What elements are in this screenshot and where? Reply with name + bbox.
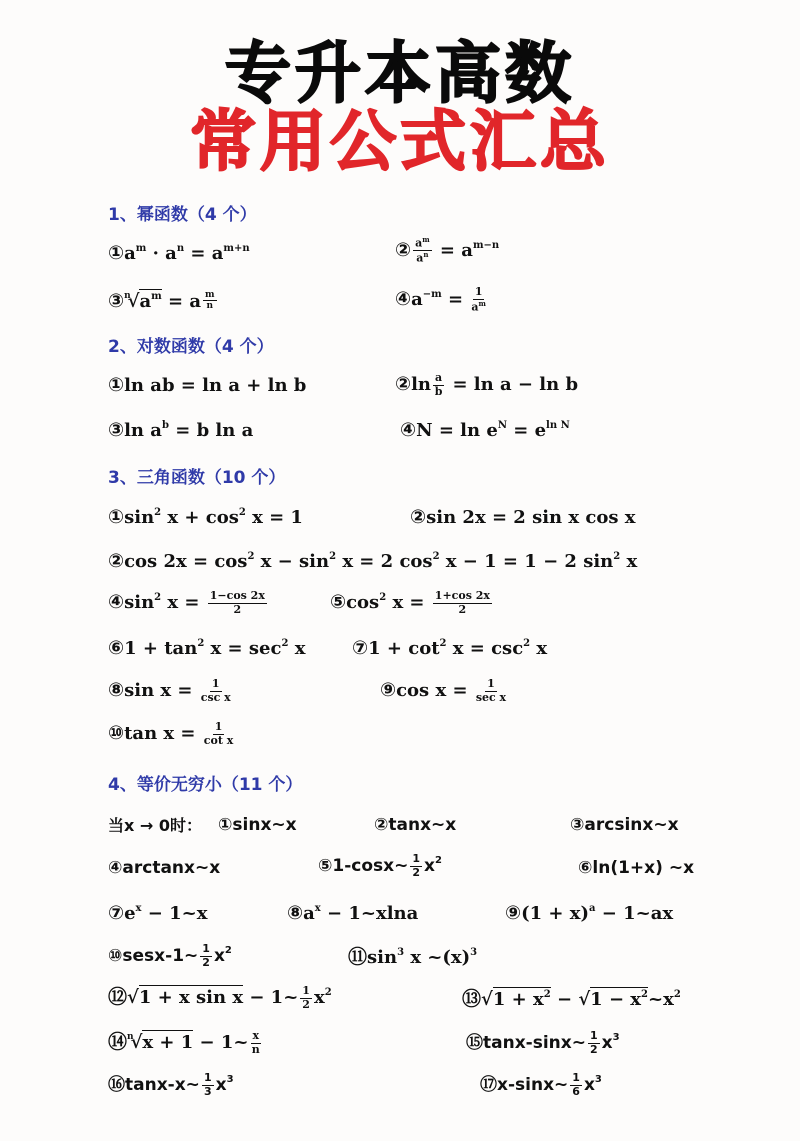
title-line-2: 常用公式汇总 <box>0 88 800 183</box>
formula-trig-4: ④sin2 x = 1−cos 2x2 <box>108 590 269 616</box>
section-heading-log-functions: 2、对数函数（4 个） <box>108 332 274 357</box>
formula-power-1: ①am · an = am+n <box>108 244 250 263</box>
formula-trig-2: ②sin 2x = 2 sin x cos x <box>410 508 636 527</box>
formula-inf-4: ④arctanx~x <box>108 860 220 877</box>
formula-trig-6: ⑥1 + tan2 x = sec2 x <box>108 639 305 658</box>
formula-inf-5: ⑤1-cosx~12x2 <box>318 853 442 879</box>
formula-trig-3: ②cos 2x = cos2 x − sin2 x = 2 cos2 x − 1… <box>108 552 637 571</box>
condition-prefix: 当x → 0时： <box>108 817 202 835</box>
formula-power-2: ②aman = am−n <box>395 236 499 266</box>
formula-trig-1: ①sin2 x + cos2 x = 1 <box>108 508 303 527</box>
formula-inf-11: ⑪sin3 x ~(x)3 <box>348 948 477 967</box>
formula-inf-3: ③arcsinx~x <box>570 817 679 834</box>
formula-inf-15: ⑮tanx-sinx~12x3 <box>466 1030 620 1056</box>
formula-trig-10: ⑩tan x = 1cot x <box>108 721 235 747</box>
formula-inf-14: ⑭n√x + 1 − 1~xn <box>108 1030 263 1056</box>
section-heading-equivalent-infinitesimals: 4、等价无穷小（11 个） <box>108 770 302 795</box>
formula-power-3: ③n√am = amn <box>108 290 219 312</box>
section-heading-trig-functions: 3、三角函数（10 个） <box>108 463 285 488</box>
formula-log-1: ①ln ab = ln a + ln b <box>108 376 306 395</box>
formula-trig-8: ⑧sin x = 1csc x <box>108 678 233 704</box>
formula-inf-1: ①sinx~x <box>218 817 297 834</box>
formula-log-4: ④N = ln eN = eln N <box>400 421 570 440</box>
formula-log-2: ②lnab = ln a − ln b <box>395 372 578 398</box>
formula-trig-5: ⑤cos2 x = 1+cos 2x2 <box>330 590 494 616</box>
formula-inf-16: ⑯tanx-x~13x3 <box>108 1072 234 1098</box>
formula-inf-2: ②tanx~x <box>374 817 456 834</box>
formula-inf-17: ⑰x-sinx~16x3 <box>480 1072 602 1098</box>
formula-inf-7: ⑦ex − 1~x <box>108 904 207 923</box>
formula-inf-10: ⑩sesx-1~12x2 <box>108 943 232 969</box>
formula-inf-8: ⑧ax − 1~xlna <box>287 904 418 923</box>
formula-power-4: ④a−m = 1am <box>395 286 488 314</box>
formula-trig-7: ⑦1 + cot2 x = csc2 x <box>352 639 547 658</box>
formula-inf-13: ⑬√1 + x2 − √1 − x2~x2 <box>462 990 681 1009</box>
section-heading-power-functions: 1、幂函数（4 个） <box>108 200 257 225</box>
formula-inf-6: ⑥ln(1+x) ~x <box>578 860 694 877</box>
formula-log-3: ③ln ab = b ln a <box>108 421 253 440</box>
formula-inf-12: ⑫√1 + x sin x − 1~12x2 <box>108 985 332 1011</box>
formula-inf-9: ⑨(1 + x)a − 1~ax <box>505 904 673 923</box>
formula-trig-9: ⑨cos x = 1sec x <box>380 678 508 704</box>
